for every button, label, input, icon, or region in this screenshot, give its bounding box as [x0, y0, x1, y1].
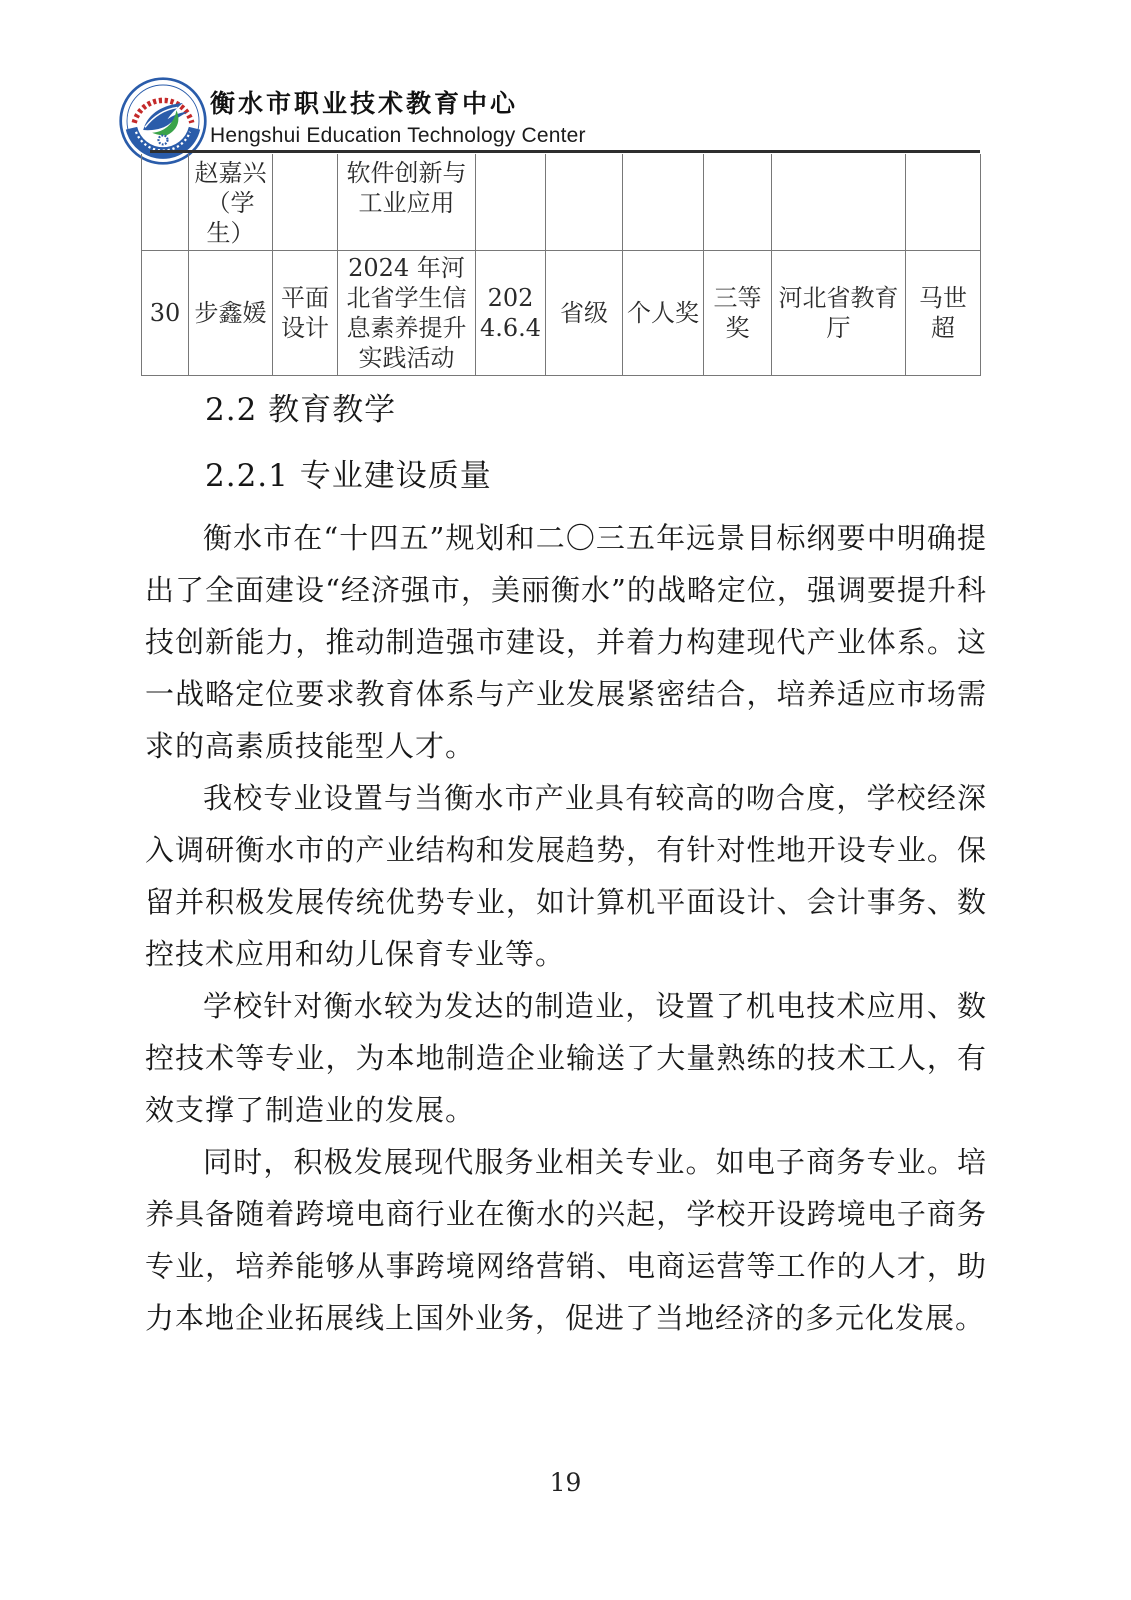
page-number: 19: [0, 1468, 1131, 1497]
table-cell: 三等奖: [704, 251, 772, 376]
table-row: 30 步鑫媛 平面设计 2024 年河北省学生信息素养提升实践活动 2024.6…: [142, 251, 981, 376]
paragraph: 衡水市在“十四五”规划和二〇三五年远景目标纲要中明确提出了全面建设“经济强市，美…: [145, 512, 987, 772]
table-cell: 步鑫媛: [189, 251, 273, 376]
table-cell: [772, 154, 906, 251]
paragraph: 同时，积极发展现代服务业相关专业。如电子商务专业。培养具备随着跨境电商行业在衡水…: [145, 1136, 987, 1344]
table-cell: 2024 年河北省学生信息素养提升实践活动: [338, 251, 476, 376]
header: 衡水市职业技术教育中心 Hengshui Education Technolog…: [210, 88, 586, 150]
awards-table: 赵嘉兴（学生） 软件创新与工业应用 30 步鑫媛 平面设计 2024 年河北省学…: [141, 154, 981, 376]
section-heading-2-2: 2.2 教育教学: [205, 384, 396, 429]
table-cell: 30: [142, 251, 189, 376]
table-cell: [476, 154, 546, 251]
section-heading-2-2-1: 2.2.1 专业建设质量: [205, 450, 492, 495]
table-cell: 2024.6.4: [476, 251, 546, 376]
table-cell: 省级: [546, 251, 623, 376]
table-cell: [142, 154, 189, 251]
header-divider: [150, 150, 980, 153]
paragraph: 我校专业设置与当衡水市产业具有较高的吻合度，学校经深入调研衡水市的产业结构和发展…: [145, 772, 987, 980]
table-cell: [273, 154, 338, 251]
org-name-en: Hengshui Education Technology Center: [210, 122, 586, 150]
table-row: 赵嘉兴（学生） 软件创新与工业应用: [142, 154, 981, 251]
document-page: 衡水市职业技术教育中心 Hengshui Education Technolog…: [0, 0, 1131, 1600]
table-cell: 软件创新与工业应用: [338, 154, 476, 251]
table-cell: 河北省教育厅: [772, 251, 906, 376]
org-name-zh: 衡水市职业技术教育中心: [210, 88, 586, 120]
table-cell: [546, 154, 623, 251]
table-cell: [704, 154, 772, 251]
paragraph: 学校针对衡水较为发达的制造业，设置了机电技术应用、数控技术等专业，为本地制造企业…: [145, 980, 987, 1136]
table-cell: 个人奖: [623, 251, 704, 376]
table-cell: 赵嘉兴（学生）: [189, 154, 273, 251]
table-cell: [906, 154, 981, 251]
table-cell: [623, 154, 704, 251]
table-cell: 平面设计: [273, 251, 338, 376]
table-cell: 马世超: [906, 251, 981, 376]
